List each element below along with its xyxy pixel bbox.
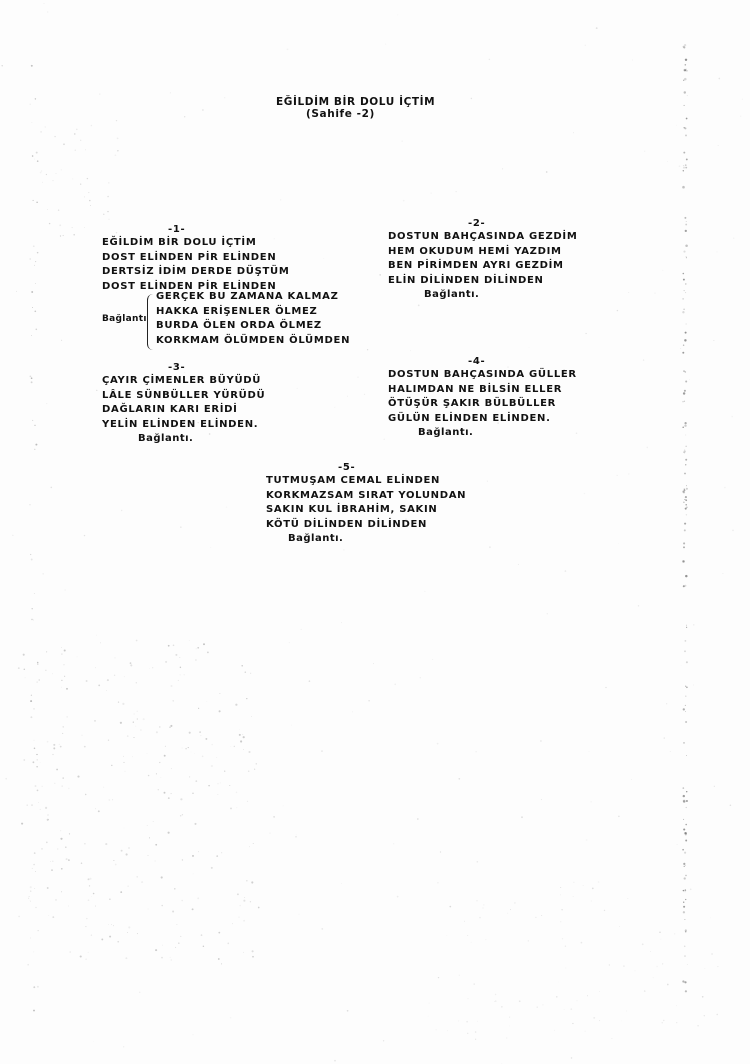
stanza-5: -5- TUTMUŞAM CEMAL ELİNDEN KORKMAZSAM SI… [266, 462, 466, 547]
verse-line: DOST ELİNDEN PİR ELİNDEN [102, 251, 290, 266]
verse-line: ÇAYIR ÇİMENLER BÜYÜDÜ [102, 374, 265, 389]
stanza-number: -4- [388, 356, 577, 368]
verse-line: DOSTUN BAHÇASINDA GÜLLER [388, 368, 577, 383]
stanza-number: -1- [102, 224, 290, 236]
refrain-line: GERÇEK BU ZAMANA KALMAZ [156, 290, 350, 305]
verse-line: DERTSİZ İDİM DERDE DÜŞTÜM [102, 265, 290, 280]
verse-line: ELİN DİLİNDEN DİLİNDEN [388, 274, 577, 289]
stanza-number: -3- [102, 362, 265, 374]
refrain-line: KORKMAM ÖLÜMDEN ÖLÜMDEN [156, 334, 350, 349]
verse-line: BEN PİRİMDEN AYRI GEZDİM [388, 259, 577, 274]
verse-line: ÖTÜŞÜR ŞAKIR BÜLBÜLLER [388, 397, 577, 412]
verse-line: DOSTUN BAHÇASINDA GEZDİM [388, 230, 577, 245]
stanza-number: -2- [388, 218, 577, 230]
stanza-4: -4- DOSTUN BAHÇASINDA GÜLLER HALIMDAN NE… [388, 356, 577, 441]
verse-line: GÜLÜN ELİNDEN ELİNDEN. [388, 412, 577, 427]
stanza-1: -1- EĞİLDİM BİR DOLU İÇTİM DOST ELİNDEN … [102, 224, 290, 294]
verse-line: DAĞLARIN KARI ERİDİ [102, 403, 265, 418]
refrain-reference: Bağlantı. [266, 532, 466, 547]
stanza-2: -2- DOSTUN BAHÇASINDA GEZDİM HEM OKUDUM … [388, 218, 577, 303]
verse-line: KORKMAZSAM SIRAT YOLUNDAN [266, 489, 466, 504]
verse-line: SAKIN KUL İBRAHİM, SAKIN [266, 503, 466, 518]
verse-line: EĞİLDİM BİR DOLU İÇTİM [102, 236, 290, 251]
document-subtitle: (Sahife -2) [306, 108, 375, 121]
brace-icon [147, 294, 153, 350]
refrain-lines: GERÇEK BU ZAMANA KALMAZ HAKKA ERİŞENLER … [156, 290, 350, 348]
verse-line: HALIMDAN NE BİLSİN ELLER [388, 383, 577, 398]
scanned-page: EĞİLDİM BİR DOLU İÇTİM (Sahife -2) -1- E… [0, 0, 750, 1064]
refrain-line: BURDA ÖLEN ORDA ÖLMEZ [156, 319, 350, 334]
stanza-3: -3- ÇAYIR ÇİMENLER BÜYÜDÜ LÂLE SÜNBÜLLER… [102, 362, 265, 447]
verse-line: LÂLE SÜNBÜLLER YÜRÜDÜ [102, 389, 265, 404]
verse-line: YELİN ELİNDEN ELİNDEN. [102, 418, 265, 433]
verse-line: TUTMUŞAM CEMAL ELİNDEN [266, 474, 466, 489]
refrain-reference: Bağlantı. [388, 426, 577, 441]
refrain-line: HAKKA ERİŞENLER ÖLMEZ [156, 305, 350, 320]
refrain-block: Bağlantı GERÇEK BU ZAMANA KALMAZ HAKKA E… [102, 290, 342, 350]
refrain-reference: Bağlantı. [102, 432, 265, 447]
stanza-number: -5- [266, 462, 466, 474]
verse-line: HEM OKUDUM HEMİ YAZDIM [388, 245, 577, 260]
refrain-label: Bağlantı [102, 314, 147, 324]
verse-line: KÖTÜ DİLİNDEN DİLİNDEN [266, 518, 466, 533]
refrain-reference: Bağlantı. [388, 288, 577, 303]
